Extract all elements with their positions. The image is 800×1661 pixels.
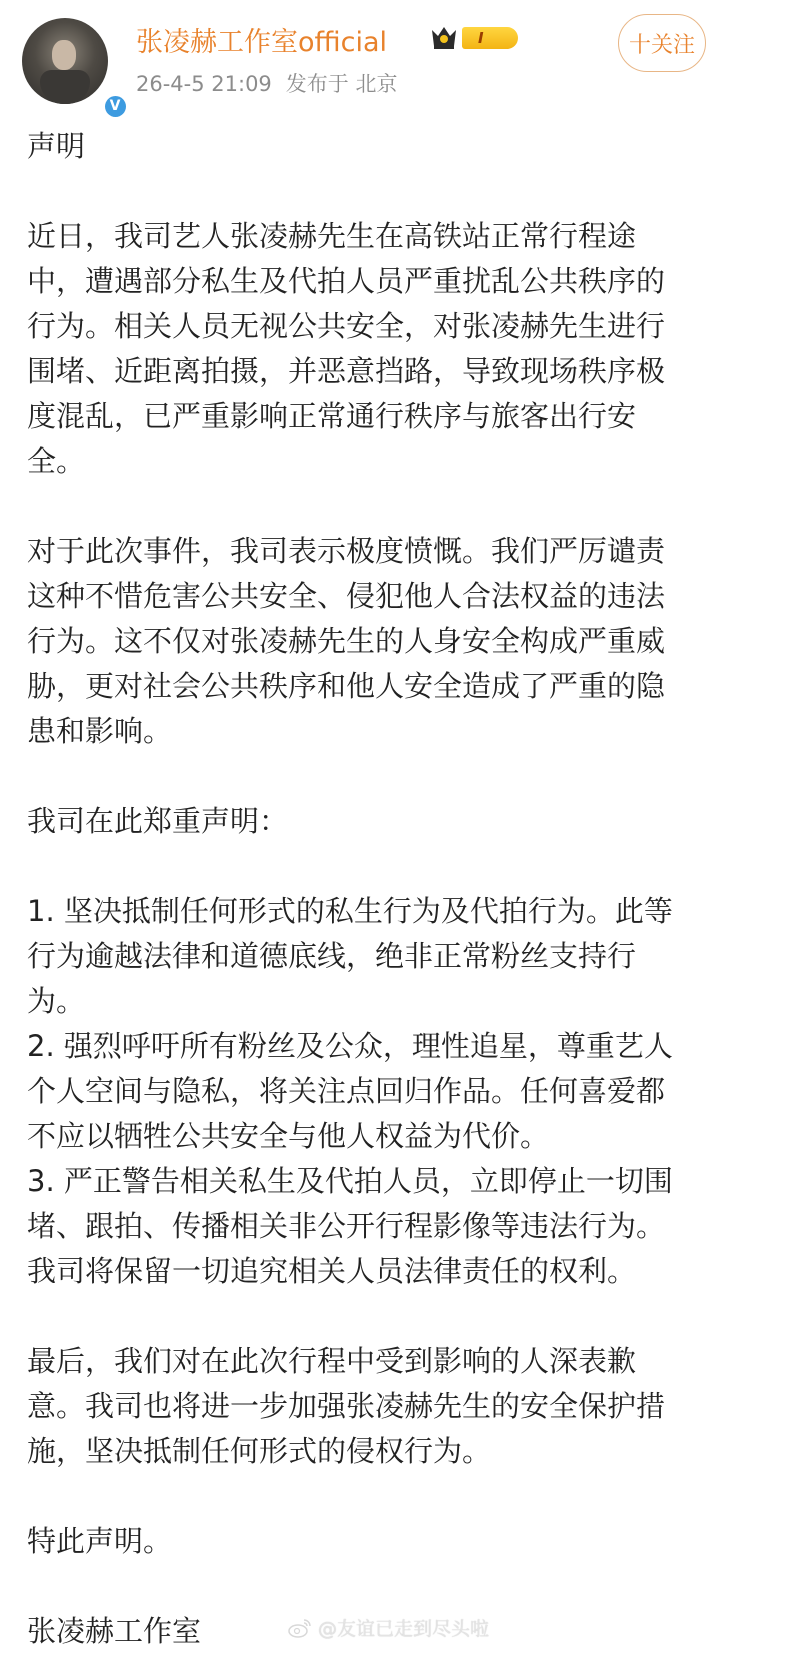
statement-line: 中，遭遇部分私生及代拍人员严重扰乱公共秩序的 xyxy=(27,259,787,304)
statement-line: 特此声明。 xyxy=(27,1519,787,1564)
statement-line: 行为。相关人员无视公共安全，对张凌赫先生进行 xyxy=(27,304,787,349)
paragraph-gap xyxy=(27,169,787,214)
statement-body: 声明近日，我司艺人张凌赫先生在高铁站正常行程途中，遭遇部分私生及代拍人员严重扰乱… xyxy=(27,124,787,1564)
weibo-logo-icon xyxy=(288,1618,312,1638)
statement-line: 不应以牺牲公共安全与他人权益为代价。 xyxy=(27,1114,787,1159)
statement-line: 声明 xyxy=(27,124,787,169)
statement-line: 行为逾越法律和道德底线，绝非正常粉丝支持行 xyxy=(27,934,787,979)
crown-icon xyxy=(430,24,458,50)
follow-button-label: 十关注 xyxy=(629,28,695,59)
avatar-body xyxy=(40,70,90,104)
statement-line: 我司在此郑重声明： xyxy=(27,799,787,844)
signature: 张凌赫工作室 xyxy=(27,1609,201,1650)
paragraph-gap xyxy=(27,754,787,799)
watermark-text: @友谊已走到尽头啦 xyxy=(318,1614,489,1641)
statement-line: 施，坚决抵制任何形式的侵权行为。 xyxy=(27,1429,787,1474)
statement-line: 2. 强烈呼吁所有粉丝及公众，理性追星，尊重艺人 xyxy=(27,1024,787,1069)
post-header: V 张凌赫工作室official I 26-4-5 21:09发布于 北京 十关… xyxy=(0,0,800,110)
statement-line: 近日，我司艺人张凌赫先生在高铁站正常行程途 xyxy=(27,214,787,259)
avatar-face xyxy=(52,40,76,70)
statement-line: 1. 坚决抵制任何形式的私生行为及代拍行为。此等 xyxy=(27,889,787,934)
statement-line: 最后，我们对在此次行程中受到影响的人深表歉 xyxy=(27,1339,787,1384)
statement-line: 行为。这不仅对张凌赫先生的人身安全构成严重威 xyxy=(27,619,787,664)
statement-line: 胁，更对社会公共秩序和他人安全造成了严重的隐 xyxy=(27,664,787,709)
author-name[interactable]: 张凌赫工作室official xyxy=(136,20,387,59)
statement-line: 围堵、近距离拍摄，并恶意挡路，导致现场秩序极 xyxy=(27,349,787,394)
statement-line: 堵、跟拍、传播相关非公开行程影像等违法行为。 xyxy=(27,1204,787,1249)
paragraph-gap xyxy=(27,484,787,529)
watermark: @友谊已走到尽头啦 xyxy=(288,1614,489,1641)
location: 发布于 北京 xyxy=(286,72,398,96)
statement-line: 3. 严正警告相关私生及代拍人员，立即停止一切围 xyxy=(27,1159,787,1204)
statement-line: 度混乱，已严重影响正常通行秩序与旅客出行安 xyxy=(27,394,787,439)
timestamp: 26-4-5 21:09 xyxy=(136,72,272,96)
avatar[interactable]: V xyxy=(22,18,108,104)
follow-button[interactable]: 十关注 xyxy=(618,14,706,72)
paragraph-gap xyxy=(27,1474,787,1519)
statement-line: 意。我司也将进一步加强张凌赫先生的安全保护措 xyxy=(27,1384,787,1429)
statement-line: 为。 xyxy=(27,979,787,1024)
level-badge[interactable]: I xyxy=(462,27,518,49)
paragraph-gap xyxy=(27,1294,787,1339)
statement-line: 我司将保留一切追究相关人员法律责任的权利。 xyxy=(27,1249,787,1294)
statement-line: 对于此次事件，我司表示极度愤慨。我们严厉谴责 xyxy=(27,529,787,574)
post-meta: 26-4-5 21:09发布于 北京 xyxy=(136,68,397,98)
statement-line: 全。 xyxy=(27,439,787,484)
verified-badge-icon: V xyxy=(102,93,128,119)
statement-line: 个人空间与隐私，将关注点回归作品。任何喜爱都 xyxy=(27,1069,787,1114)
statement-line: 患和影响。 xyxy=(27,709,787,754)
statement-line: 这种不惜危害公共安全、侵犯他人合法权益的违法 xyxy=(27,574,787,619)
level-badge-text: I xyxy=(478,29,484,47)
paragraph-gap xyxy=(27,844,787,889)
